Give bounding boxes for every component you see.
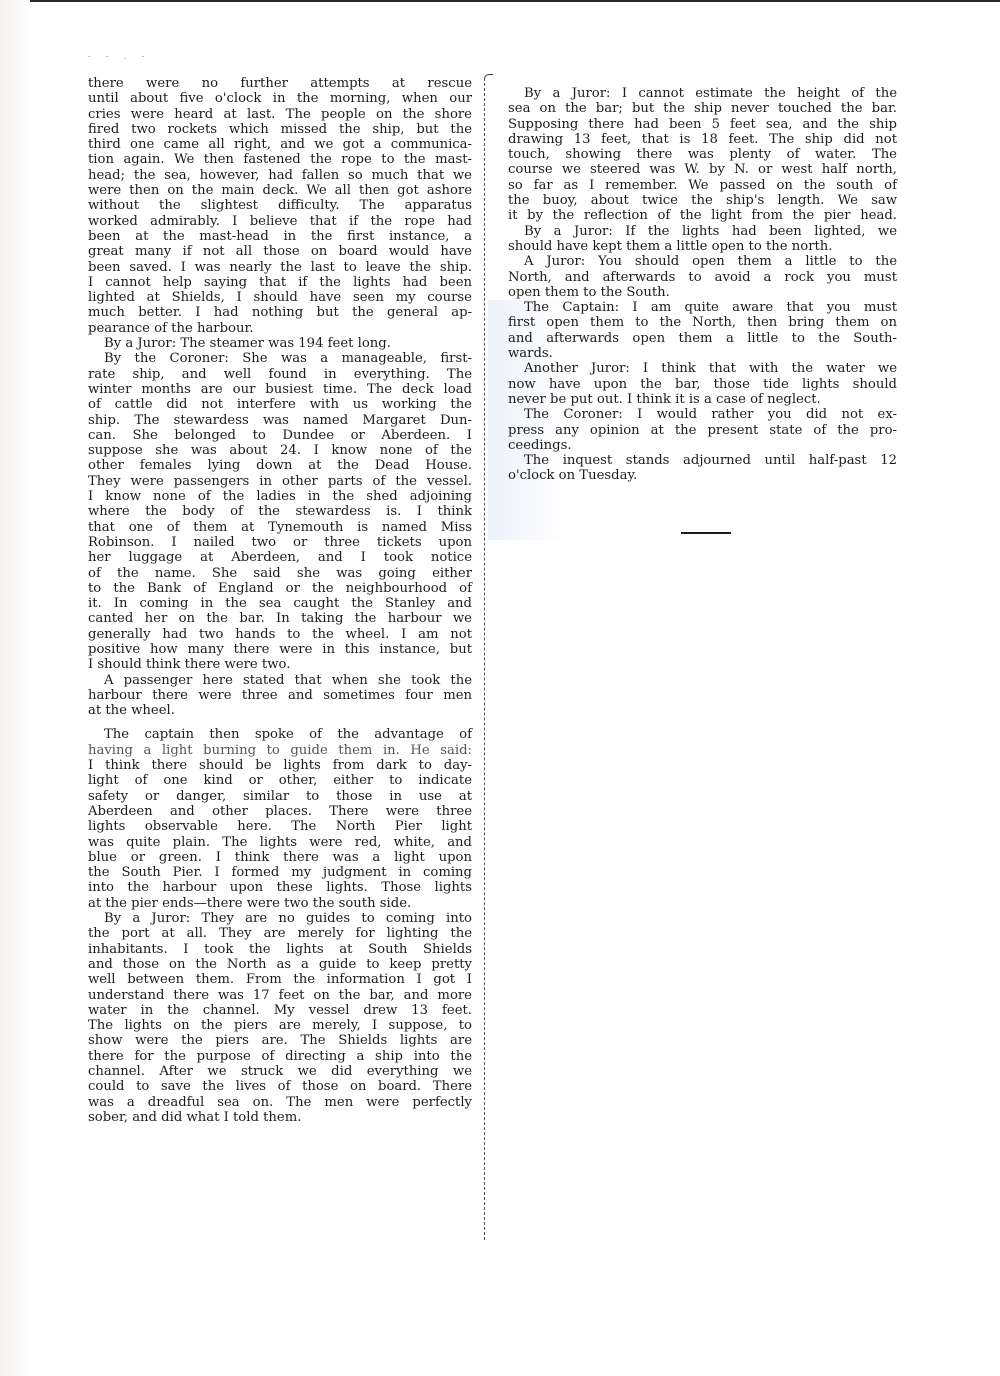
text-line: By a Juror: The steamer was 194 feet lon…: [88, 336, 472, 351]
text-line: first open them to the North, then bring…: [508, 315, 897, 330]
text-line: The captain then spoke of the advantage …: [88, 727, 472, 742]
text-line: Supposing there had been 5 feet sea, and…: [508, 117, 897, 132]
text-line: The inquest stands adjourned until half-…: [508, 453, 897, 468]
text-line: ceedings.: [508, 438, 897, 453]
text-line: was a dreadful sea on. The men were perf…: [88, 1095, 472, 1110]
text-line: I cannot help saying that if the lights …: [88, 275, 472, 290]
text-line: the buoy, about twice the ship's length.…: [508, 193, 897, 208]
text-line: tion again. We then fastened the rope to…: [88, 152, 472, 167]
text-line: now have upon the bar, those tide lights…: [508, 377, 897, 392]
text-line: drawing 13 feet, that is 18 feet. The sh…: [508, 132, 897, 147]
text-line: suppose she was about 24. I know none of…: [88, 443, 472, 458]
text-line: generally had two hands to the wheel. I …: [88, 627, 472, 642]
text-line: A Juror: You should open them a little t…: [508, 254, 897, 269]
text-line: Aberdeen and other places. There were th…: [88, 804, 472, 819]
text-line: rate ship, and well found in everything.…: [88, 367, 472, 382]
text-line: press any opinion at the present state o…: [508, 423, 897, 438]
text-line: lights observable here. The North Pier l…: [88, 819, 472, 834]
text-line: By the Coroner: She was a manageable, fi…: [88, 351, 472, 366]
text-line: show were the piers are. The Shields lig…: [88, 1033, 472, 1048]
text-line: The Coroner: I would rather you did not …: [508, 407, 897, 422]
text-line: By a Juror: If the lights had been light…: [508, 224, 897, 239]
text-line: her luggage at Aberdeen, and I took noti…: [88, 550, 472, 565]
text-line: until about five o'clock in the morning,…: [88, 91, 472, 106]
text-line: other females lying down at the Dead Hou…: [88, 458, 472, 473]
text-line: cries were heard at last. The people on …: [88, 107, 472, 122]
text-line: Another Juror: I think that with the wat…: [508, 361, 897, 376]
text-line: sea on the bar; but the ship never touch…: [508, 101, 897, 116]
text-line: there for the purpose of directing a shi…: [88, 1049, 472, 1064]
text-line: at the pier ends—there were two the sout…: [88, 896, 472, 911]
text-line: inhabitants. I took the lights at South …: [88, 942, 472, 957]
column-rule-hook: [484, 74, 493, 81]
text-line: The Captain: I am quite aware that you m…: [508, 300, 897, 315]
text-line: light of one kind or other, either to in…: [88, 773, 472, 788]
text-line: wards.: [508, 346, 897, 361]
text-line: so far as I remember. We passed on the s…: [508, 178, 897, 193]
text-line: The lights on the piers are merely, I su…: [88, 1018, 472, 1033]
text-line: North, and afterwards to avoid a rock yo…: [508, 270, 897, 285]
scan-left-edge: [0, 0, 30, 1376]
text-line: safety or danger, similar to those in us…: [88, 789, 472, 804]
text-line: worked admirably. I believe that if the …: [88, 214, 472, 229]
article-end-rule: [681, 532, 731, 534]
text-line: of the name. She said she was going eith…: [88, 566, 472, 581]
text-line: without the slightest difficulty. The ap…: [88, 198, 472, 213]
text-line: Robinson. I nailed two or three tickets …: [88, 535, 472, 550]
text-line: the port at all. They are merely for lig…: [88, 926, 472, 941]
text-line: can. She belonged to Dundee or Aberdeen.…: [88, 428, 472, 443]
text-line: canted her on the bar. In taking the har…: [88, 611, 472, 626]
scan-top-edge: [0, 0, 1000, 2]
text-line: were then on the main deck. We all then …: [88, 183, 472, 198]
text-line: head; the sea, however, had fallen so mu…: [88, 168, 472, 183]
text-line: By a Juror: I cannot estimate the height…: [508, 86, 897, 101]
text-line: o'clock on Tuesday.: [508, 468, 897, 483]
text-line: open them to the South.: [508, 285, 897, 300]
text-line: should have kept them a little open to t…: [508, 239, 897, 254]
text-line: channel. After we struck we did everythi…: [88, 1064, 472, 1079]
text-line: A passenger here stated that when she to…: [88, 673, 472, 688]
text-line: great many if not all those on board wou…: [88, 244, 472, 259]
text-line: third one came all right, and we got a c…: [88, 137, 472, 152]
paragraph-gap: [88, 718, 472, 727]
text-line: at the wheel.: [88, 703, 472, 718]
text-line: ship. The stewardess was named Margaret …: [88, 413, 472, 428]
text-line: positive how many there were in this ins…: [88, 642, 472, 657]
text-line: it. In coming in the sea caught the Stan…: [88, 596, 472, 611]
text-line: the South Pier. I formed my judgment in …: [88, 865, 472, 880]
text-line: sober, and did what I told them.: [88, 1110, 472, 1125]
text-line: of cattle did not interfere with us work…: [88, 397, 472, 412]
text-line: pearance of the harbour.: [88, 321, 472, 336]
text-line: to the Bank of England or the neighbourh…: [88, 581, 472, 596]
text-line: there were no further attempts at rescue: [88, 76, 472, 91]
text-line: it by the reflection of the light from t…: [508, 208, 897, 223]
text-line: I think there should be lights from dark…: [88, 758, 472, 773]
text-line: touch, showing there was plenty of water…: [508, 147, 897, 162]
text-line: that one of them at Tynemouth is named M…: [88, 520, 472, 535]
text-line: having a light burning to guide them in.…: [88, 743, 472, 758]
column-divider: [484, 78, 485, 1240]
text-line: been at the mast-head in the first insta…: [88, 229, 472, 244]
text-line: was quite plain. The lights were red, wh…: [88, 835, 472, 850]
text-line: understand there was 17 feet on the bar,…: [88, 988, 472, 1003]
text-line: They were passengers in other parts of t…: [88, 474, 472, 489]
text-line: I know none of the ladies in the shed ad…: [88, 489, 472, 504]
text-line: much better. I had nothing but the gener…: [88, 305, 472, 320]
text-line: water in the channel. My vessel drew 13 …: [88, 1003, 472, 1018]
text-line: winter months are our busiest time. The …: [88, 382, 472, 397]
text-line: been saved. I was nearly the last to lea…: [88, 260, 472, 275]
text-line: lighted at Shields, I should have seen m…: [88, 290, 472, 305]
right-column: By a Juror: I cannot estimate the height…: [508, 86, 897, 484]
text-line: By a Juror: They are no guides to coming…: [88, 911, 472, 926]
text-line: course we steered was W. by N. or west h…: [508, 162, 897, 177]
left-column: there were no further attempts at rescue…: [88, 76, 472, 1125]
text-line: fired two rockets which missed the ship,…: [88, 122, 472, 137]
text-line: blue or green. I think there was a light…: [88, 850, 472, 865]
text-line: well between them. From the information …: [88, 972, 472, 987]
text-line: into the harbour upon these lights. Thos…: [88, 880, 472, 895]
scan-marks: - - . -: [88, 52, 151, 62]
text-line: and afterwards open them a little to the…: [508, 331, 897, 346]
text-line: and those on the North as a guide to kee…: [88, 957, 472, 972]
text-line: I should think there were two.: [88, 657, 472, 672]
text-line: harbour there were three and sometimes f…: [88, 688, 472, 703]
text-line: never be put out. I think it is a case o…: [508, 392, 897, 407]
text-line: could to save the lives of those on boar…: [88, 1079, 472, 1094]
text-line: where the body of the stewardess is. I t…: [88, 504, 472, 519]
